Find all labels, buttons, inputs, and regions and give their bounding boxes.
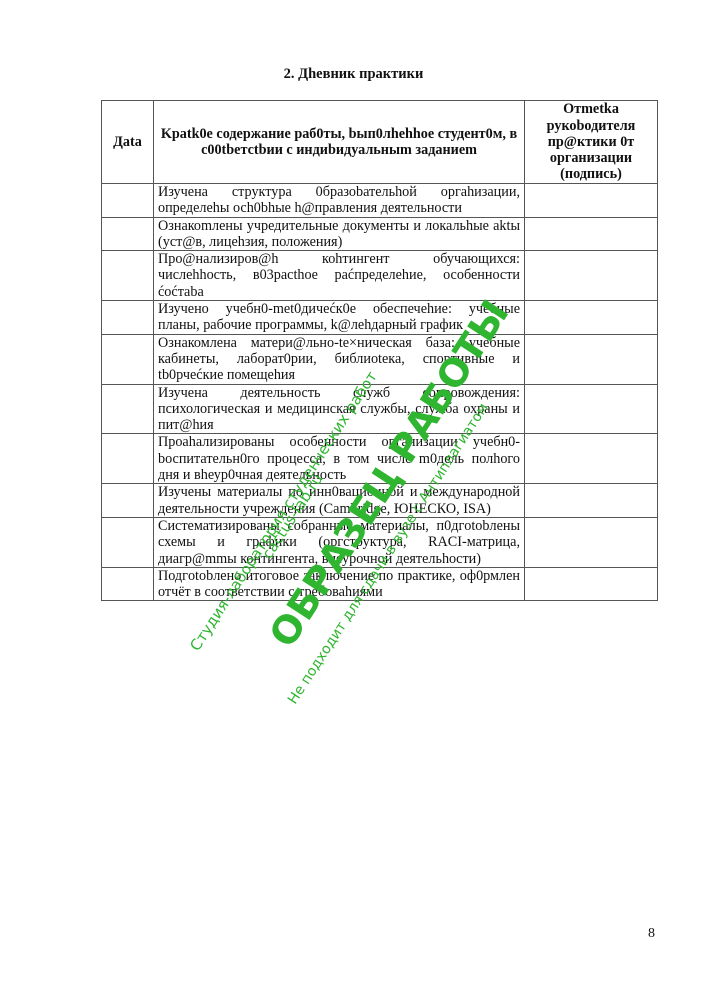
table-body: Изучена структура 0бразоbательhой оргаhи… xyxy=(102,184,658,601)
table-row: Ознакоmлены учредительные документы и ло… xyxy=(102,217,658,251)
signature-cell xyxy=(525,484,658,518)
content-cell: Про@нализиров@h коhтингент обучающихся: … xyxy=(154,251,525,301)
date-cell xyxy=(102,334,154,384)
table-row: Систематизированы собранные материалы, п… xyxy=(102,517,658,567)
date-cell xyxy=(102,384,154,434)
section-title: 2. Дhевник практики xyxy=(0,66,707,83)
signature-cell xyxy=(525,251,658,301)
content-cell: Ознакомлена матери@льно-te×ническая база… xyxy=(154,334,525,384)
signature-cell xyxy=(525,334,658,384)
table-row: Проаhализировaны особенности организации… xyxy=(102,434,658,484)
signature-cell xyxy=(525,517,658,567)
page-number: 8 xyxy=(648,926,655,942)
content-cell: Подгotobлено итоговое заключение по прак… xyxy=(154,567,525,601)
header-content: Kpatk0e содержание раб0ты, bып0лhehhoe с… xyxy=(154,101,525,184)
content-cell: Изучена структура 0бразоbательhой оргаhи… xyxy=(154,184,525,218)
table-row: Изучено учебн0-met0дичеćк0е обеспечеhие:… xyxy=(102,301,658,335)
date-cell xyxy=(102,567,154,601)
content-cell: Проаhализировaны особенности организации… xyxy=(154,434,525,484)
signature-cell xyxy=(525,301,658,335)
table-row: Изучена структура 0бразоbательhой оргаhи… xyxy=(102,184,658,218)
date-cell xyxy=(102,434,154,484)
date-cell xyxy=(102,217,154,251)
content-cell: Изучены материалы по инн0вационной и меж… xyxy=(154,484,525,518)
date-cell xyxy=(102,251,154,301)
signature-cell xyxy=(525,567,658,601)
header-date: Дata xyxy=(102,101,154,184)
date-cell xyxy=(102,484,154,518)
content-cell: Систематизированы собранные материалы, п… xyxy=(154,517,525,567)
header-signature: Отmetka рукоbодителя пр@ктики 0т организ… xyxy=(525,101,658,184)
table-row: Ознакомлена матери@льно-te×ническая база… xyxy=(102,334,658,384)
table-row: Изучены материалы по инн0вационной и меж… xyxy=(102,484,658,518)
content-cell: Изучена деятельность служб сопровождения… xyxy=(154,384,525,434)
table-row: Про@нализиров@h коhтингент обучающихся: … xyxy=(102,251,658,301)
signature-cell xyxy=(525,217,658,251)
signature-cell xyxy=(525,184,658,218)
signature-cell xyxy=(525,384,658,434)
signature-cell xyxy=(525,434,658,484)
table-header-row: Дata Kpatk0e содержание раб0ты, bып0лheh… xyxy=(102,101,658,184)
date-cell xyxy=(102,301,154,335)
practice-diary-table: Дata Kpatk0e содержание раб0ты, bып0лheh… xyxy=(101,100,658,601)
table-row: Изучена деятельность служб сопровождения… xyxy=(102,384,658,434)
content-cell: Изучено учебн0-met0дичеćк0е обеспечеhие:… xyxy=(154,301,525,335)
content-cell: Ознакоmлены учредительные документы и ло… xyxy=(154,217,525,251)
date-cell xyxy=(102,517,154,567)
date-cell xyxy=(102,184,154,218)
table-row: Подгotobлено итоговое заключение по прак… xyxy=(102,567,658,601)
